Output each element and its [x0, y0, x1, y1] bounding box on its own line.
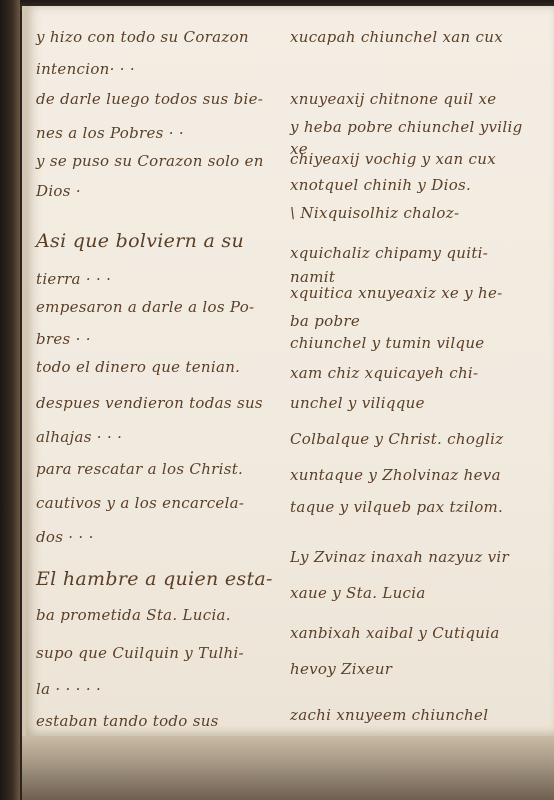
kiche-line: taque y vilqueb pax tzilom.	[290, 498, 503, 516]
book-binding-spine	[0, 0, 20, 800]
kiche-line: unchel y viliqque	[290, 394, 425, 412]
spanish-line: y se puso su Corazon solo en	[36, 152, 264, 170]
page-edge-bottom	[22, 736, 554, 800]
spanish-line: Dios ·	[36, 182, 81, 200]
spanish-line: despues vendieron todas sus	[36, 394, 263, 412]
spanish-line: para rescatar a los Christ.	[36, 460, 243, 478]
kiche-line: y heba pobre chiunchel yvilig	[290, 118, 522, 136]
kiche-line: xucapah chiunchel xan cux	[290, 28, 503, 46]
spanish-line: Asi que bolviern a su	[36, 230, 244, 252]
spanish-line: ba prometida Sta. Lucia.	[36, 606, 231, 624]
kiche-line: chiunchel y tumin vilque	[290, 334, 484, 352]
spanish-line: la · · · · ·	[36, 680, 101, 698]
spanish-line: tierra · · ·	[36, 270, 111, 288]
spanish-line: supo que Cuilquin y Tulhi-	[36, 644, 244, 662]
spanish-line: empesaron a darle a los Po-	[36, 298, 254, 316]
spanish-line: bres · ·	[36, 330, 91, 348]
kiche-line: xnuyeaxij chitnone quil xe	[290, 90, 496, 108]
kiche-line: chiyeaxij vochig y xan cux	[290, 150, 496, 168]
kiche-line: xquitica xnuyeaxiz xe y he-	[290, 284, 503, 302]
spanish-line: cautivos y a los encarcela-	[36, 494, 244, 512]
kiche-line: xquichaliz chipamy quiti-	[290, 244, 488, 262]
kiche-line: xam chiz xquicayeh chi-	[290, 364, 478, 382]
spanish-line: nes a los Pobres · ·	[36, 124, 184, 142]
kiche-line: xanbixah xaibal y Cutiquia	[290, 624, 500, 642]
spanish-line: de darle luego todos sus bie-	[36, 90, 263, 108]
kiche-line: ba pobre	[290, 312, 360, 330]
kiche-line: xaue y Sta. Lucia	[290, 584, 426, 602]
kiche-line: xnotquel chinih y Dios.	[290, 176, 471, 194]
spanish-line: estaban tando todo sus	[36, 712, 219, 730]
spanish-line: dos · · ·	[36, 528, 94, 546]
kiche-line: Colbalque y Christ. chogliz	[290, 430, 503, 448]
kiche-line: hevoy Zixeur	[290, 660, 392, 678]
kiche-line: \ Nixquisolhiz chaloz-	[290, 204, 459, 222]
spanish-line: todo el dinero que tenian.	[36, 358, 240, 376]
spanish-line: y hizo con todo su Corazon	[36, 28, 249, 46]
spanish-line: El hambre a quien esta-	[36, 568, 273, 590]
spanish-line: alhajas · · ·	[36, 428, 122, 446]
kiche-line: zachi xnuyeem chiunchel	[290, 706, 488, 724]
spanish-line: intencion· · ·	[36, 60, 135, 78]
kiche-line: Ly Zvinaz inaxah nazyuz vir	[290, 548, 509, 566]
kiche-line: xuntaque y Zholvinaz heva	[290, 466, 501, 484]
